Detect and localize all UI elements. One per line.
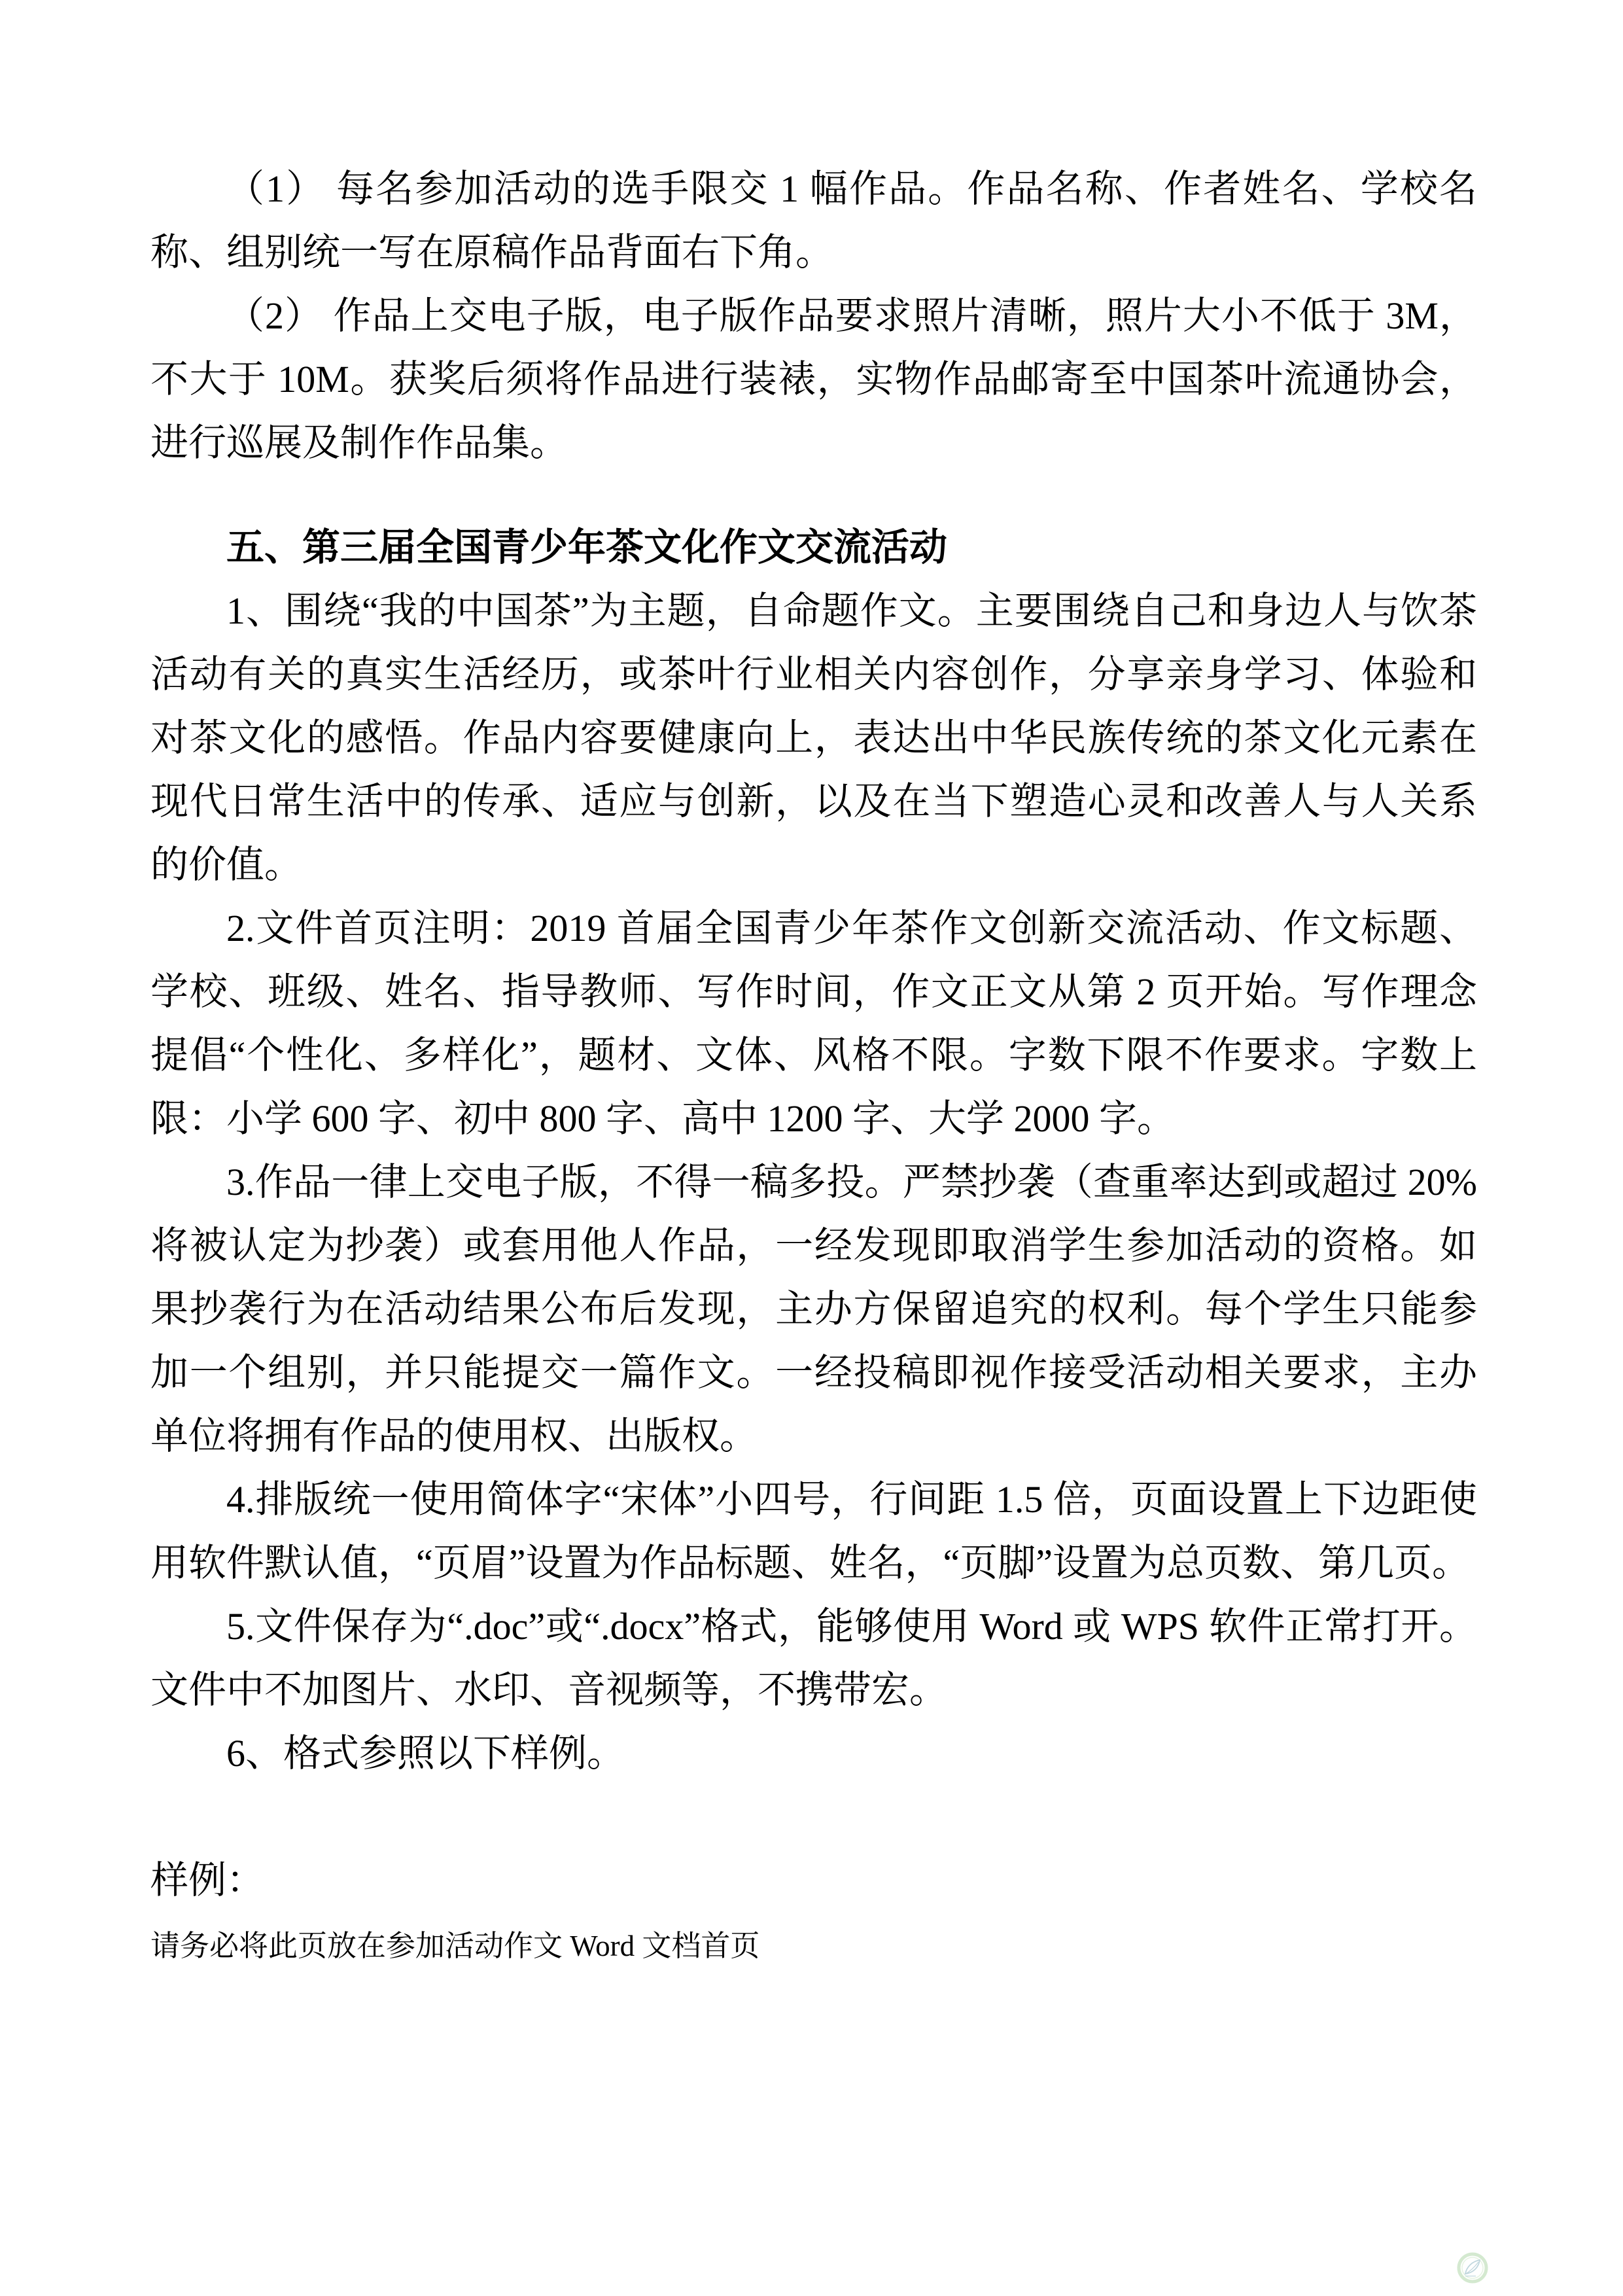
leaf-stamp-svg [1457, 2252, 1488, 2284]
sample-label: 样例： [150, 1848, 1477, 1912]
paragraph-rule-5: 5.文件保存为“.doc”或“.docx”格式，能够使用 Word 或 WPS … [150, 1595, 1477, 1722]
stamp-outer-ring [1459, 2254, 1486, 2282]
paragraph-rule-2: 2.文件首页注明：2019 首届全国青少年茶作文创新交流活动、作文标题、学校、班… [150, 896, 1477, 1150]
paragraph-item-2: （2） 作品上交电子版，电子版作品要求照片清晰，照片大小不低于 3M，不大于 1… [150, 284, 1477, 474]
leaf-stamp-icon [1457, 2252, 1488, 2284]
leaf-icon [1465, 2260, 1480, 2274]
paragraph-rule-4: 4.排版统一使用简体字“宋体”小四号，行间距 1.5 倍，页面设置上下边距使用软… [150, 1468, 1477, 1595]
sample-note: 请务必将此页放在参加活动作文 Word 文档首页 [150, 1921, 1477, 1971]
paragraph-rule-1: 1、围绕“我的中国茶”为主题，自命题作文。主要围绕自己和身边人与饮茶活动有关的真… [150, 579, 1477, 896]
paragraph-item-1: （1） 每名参加活动的选手限交 1 幅作品。作品名称、作者姓名、学校名称、组别统… [150, 157, 1477, 284]
document-content: （1） 每名参加活动的选手限交 1 幅作品。作品名称、作者姓名、学校名称、组别统… [150, 157, 1477, 1971]
paragraph-rule-6: 6、格式参照以下样例。 [150, 1722, 1477, 1785]
section-heading: 五、第三届全国青少年茶文化作文交流活动 [150, 516, 1477, 579]
paragraph-rule-3: 3.作品一律上交电子版，不得一稿多投。严禁抄袭（查重率达到或超过 20%将被认定… [150, 1150, 1477, 1468]
document-page: （1） 每名参加活动的选手限交 1 幅作品。作品名称、作者姓名、学校名称、组别统… [0, 0, 1623, 2296]
